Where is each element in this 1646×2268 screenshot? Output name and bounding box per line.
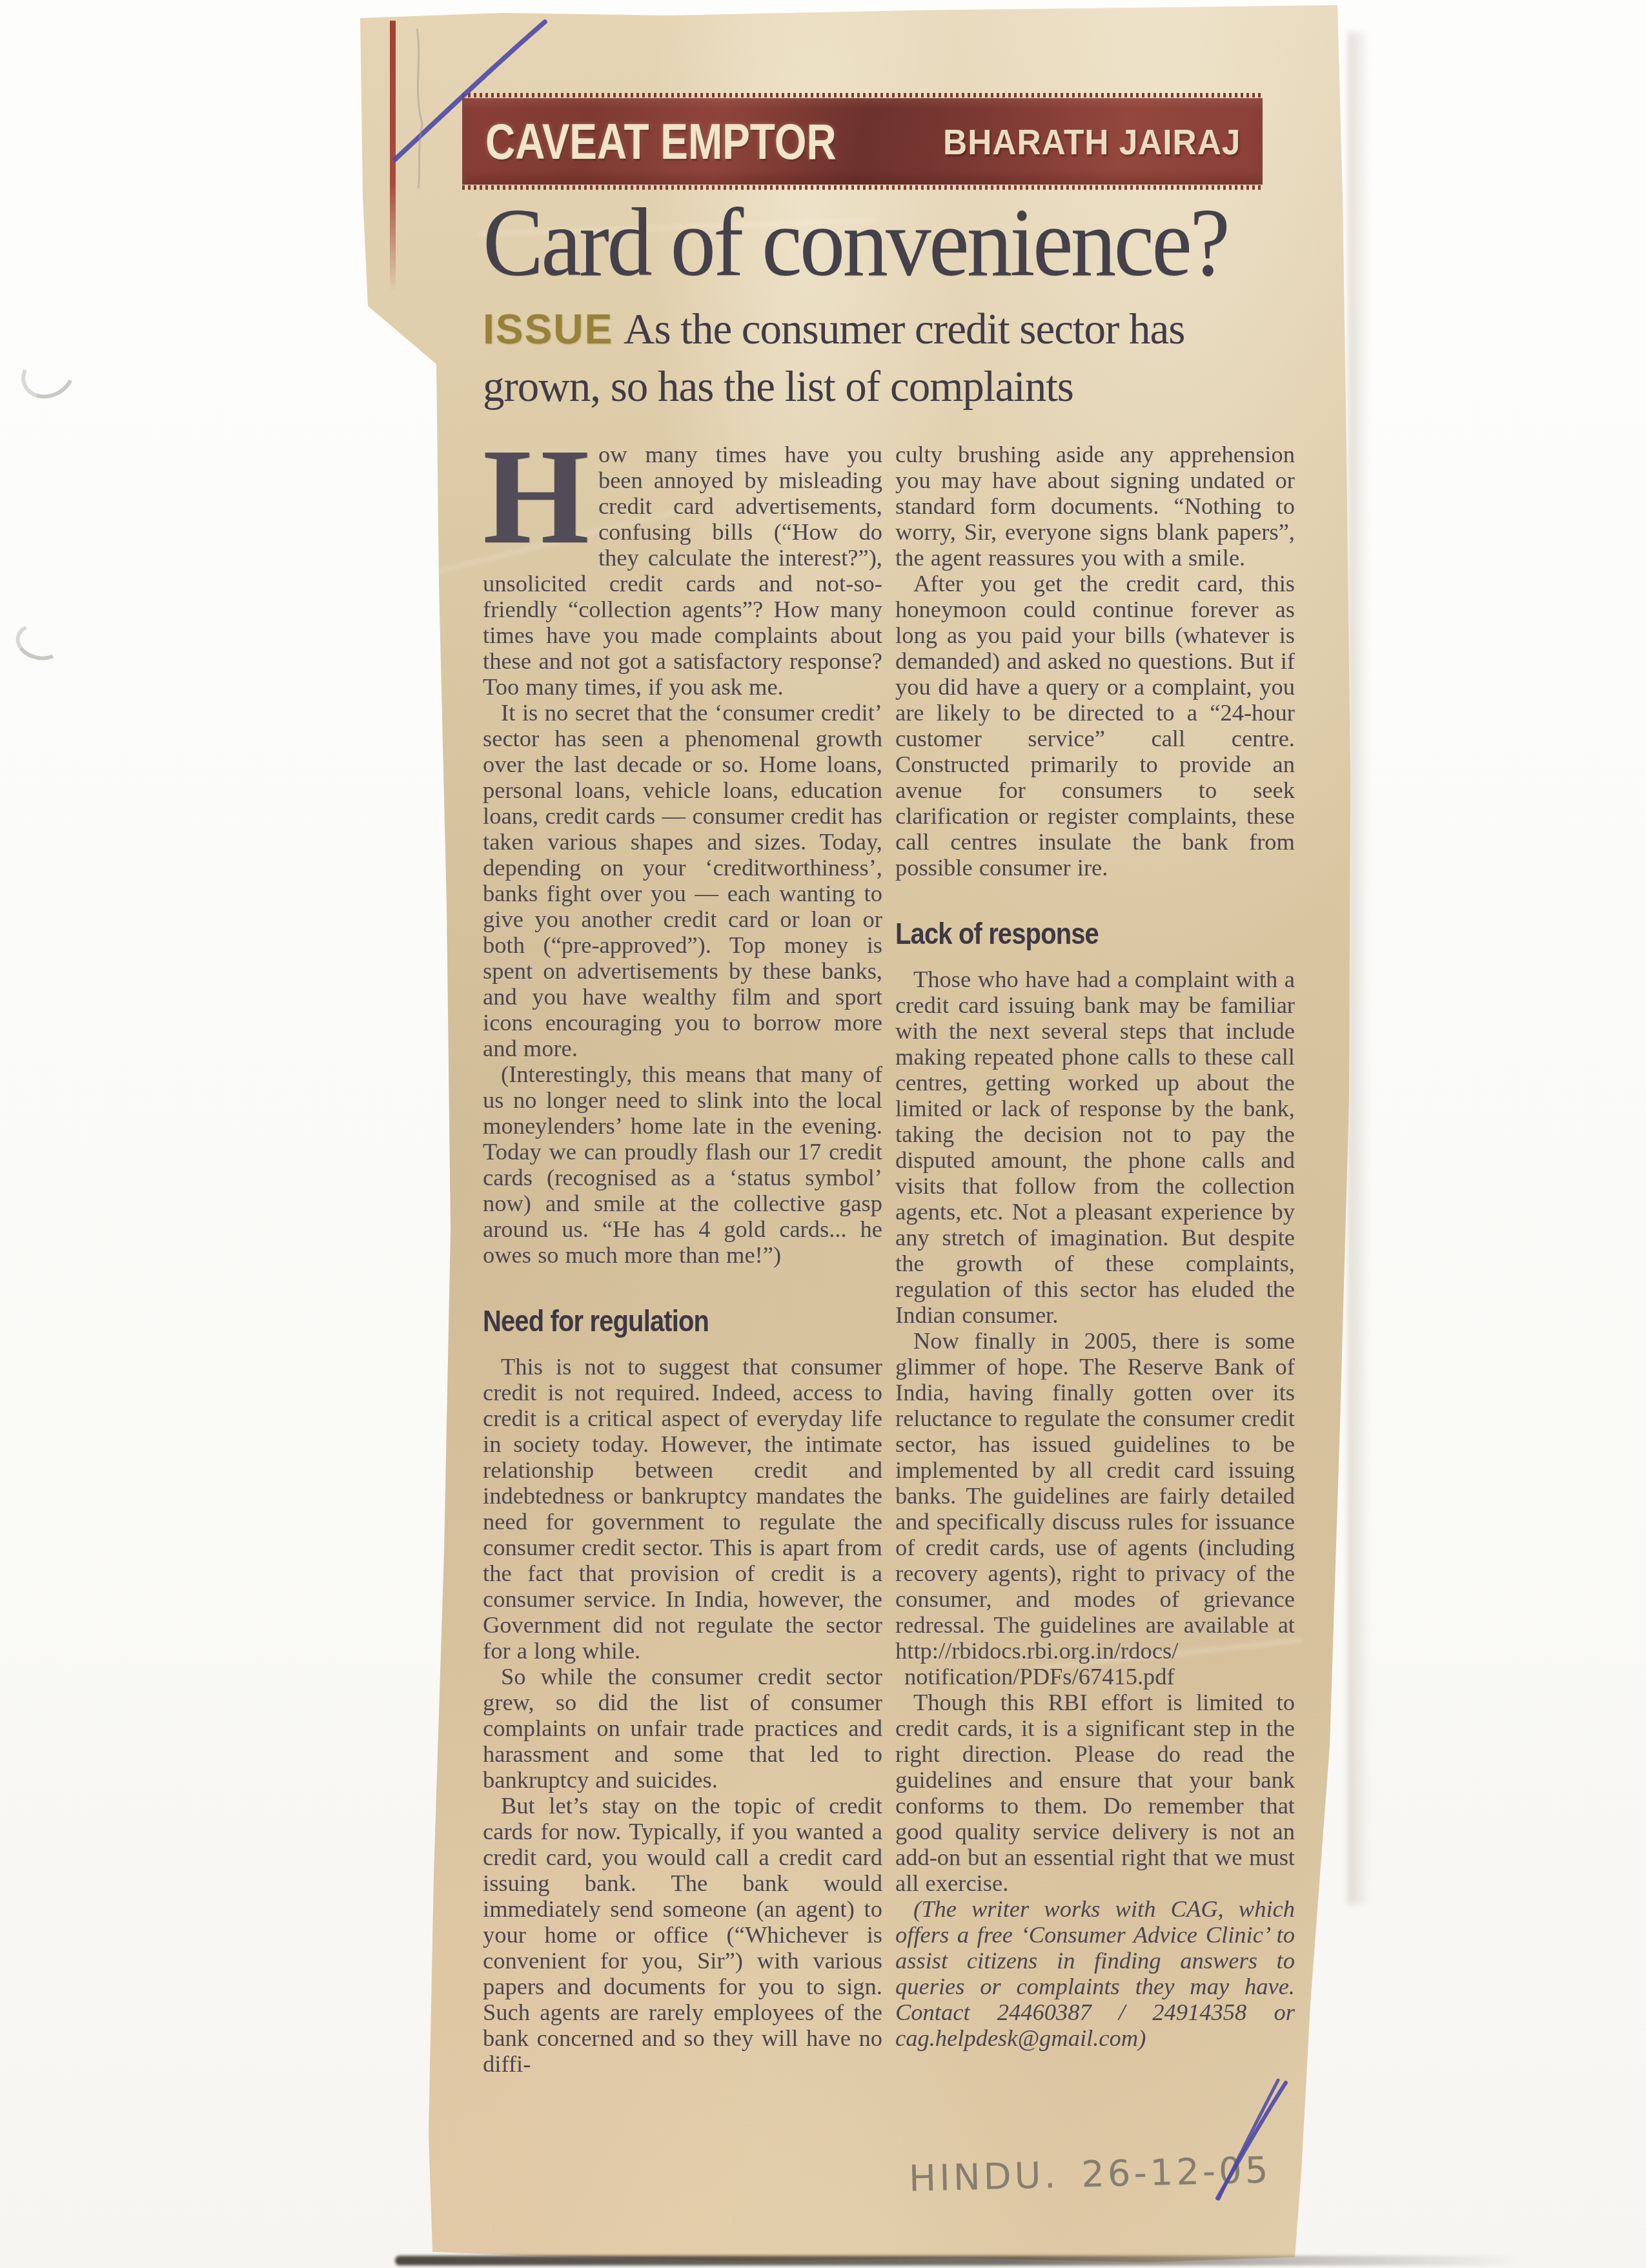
paragraph: Those who have had a complaint with a cr… <box>895 966 1295 1328</box>
handwritten-date: HINDU. 26-12-05 <box>908 2149 1272 2200</box>
scan-bottom-shadow <box>395 2256 1518 2265</box>
headline: Card of convenience? <box>483 190 1247 296</box>
paragraph: After you get the credit card, this hone… <box>895 571 1295 881</box>
scanner-smudge <box>12 618 66 665</box>
paragraph: (Interestingly, this means that many of … <box>483 1061 882 1268</box>
guidelines-url: notification/PDFs/67415.pdf <box>895 1664 1295 1690</box>
article-column-right: culty brushing aside any apprehension yo… <box>895 442 1295 2077</box>
paragraph: But let’s stay on the topic of credit ca… <box>483 1793 882 2077</box>
masthead-bar: CAVEAT EMPTOR BHARATH JAIRAJ <box>462 98 1263 185</box>
paragraph: This is not to suggest that consumer cre… <box>483 1354 882 1664</box>
standfirst-label: ISSUE <box>483 306 613 352</box>
paragraph: Though this RBI effort is limited to cre… <box>895 1690 1295 1896</box>
column-title: CAVEAT EMPTOR <box>485 112 837 171</box>
section-heading-lack-of-response: Lack of response <box>895 915 1235 951</box>
paragraph: So while the consumer credit sector grew… <box>483 1664 882 1793</box>
paragraph: culty brushing aside any apprehension yo… <box>895 442 1295 571</box>
article-column-left: How many times have you been annoyed by … <box>483 442 882 2077</box>
scan-edge-shadow <box>1348 32 1370 1905</box>
section-heading-need-for-regulation: Need for regulation <box>483 1303 822 1338</box>
writer-credit-paragraph: (The writer works with CAG, which offers… <box>895 1896 1295 2051</box>
paragraph: Now finally in 2005, there is some glimm… <box>895 1328 1295 1664</box>
article-body: How many times have you been annoyed by … <box>483 442 1295 2077</box>
printed-margin-rule <box>390 21 396 292</box>
paragraph: It is no secret that the ‘consumer credi… <box>483 700 882 1061</box>
standfirst: ISSUEAs the consumer credit sector has g… <box>483 301 1257 416</box>
scanner-smudge <box>14 343 81 407</box>
drop-cap: H <box>483 442 598 547</box>
author-byline: BHARATH JAIRAJ <box>943 121 1241 163</box>
paragraph: How many times have you been annoyed by … <box>483 442 882 700</box>
